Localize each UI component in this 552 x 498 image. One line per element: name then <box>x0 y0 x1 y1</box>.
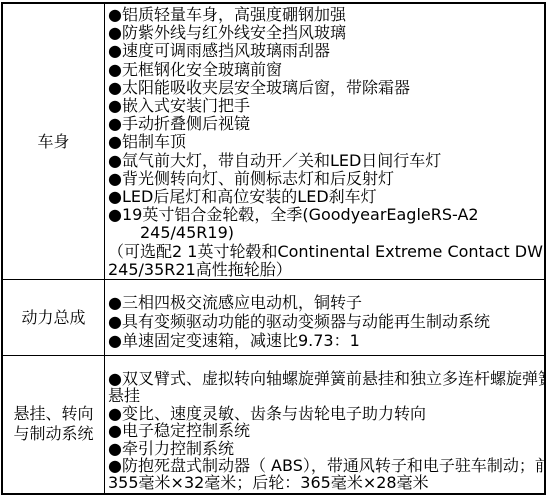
spec-line: ●电子稳定控制系统 <box>108 422 542 439</box>
row-content: ●三相四极交流感应电动机，铜转子●具有变频驱动功能的驱动变频器与动能再生制动系统… <box>105 280 546 356</box>
table-row: 悬挂、转向与制动系统●双叉臂式、虚拟转向轴螺旋弹簧前悬挂和独立多连杆螺旋弹簧后悬… <box>2 356 545 494</box>
spec-line: 245/35R21高性拖轮胎） <box>108 261 542 279</box>
table-row: 动力总成●三相四极交流感应电动机，铜转子●具有变频驱动功能的驱动变频器与动能再生… <box>2 280 545 356</box>
row-header-line: 悬挂、转向 <box>3 404 104 424</box>
spec-line: ●铝制车顶 <box>108 133 542 151</box>
row-header: 动力总成 <box>2 280 105 356</box>
spec-line: ●防紫外线与红外线安全挡风玻璃 <box>108 24 542 42</box>
spec-line: ●铝质轻量车身，高强度硼钢加强 <box>108 6 542 24</box>
row-header-line: 与制动系统 <box>3 424 104 444</box>
spec-line: ●氙气前大灯，带自动开／关和LED日间行车灯 <box>108 152 542 170</box>
spec-line: ●防抱死盘式制动器（ ABS），带通风转子和电子驻车制动；前轮： <box>108 457 542 474</box>
spec-line: ●具有变频驱动功能的驱动变频器与动能再生制动系统 <box>108 312 542 331</box>
spec-line: ●LED后尾灯和高位安装的LED刹车灯 <box>108 188 542 206</box>
row-header: 车身 <box>2 3 105 280</box>
spec-line: 355毫米×32毫米；后轮：365毫米×28毫米 <box>108 474 542 491</box>
spec-line: ●牵引力控制系统 <box>108 440 542 457</box>
spec-line: ●嵌入式安装门把手 <box>108 97 542 115</box>
vehicle-spec-sheet: 车身●铝质轻量车身，高强度硼钢加强●防紫外线与红外线安全挡风玻璃●速度可调雨感挡… <box>0 0 552 498</box>
table-row: 车身●铝质轻量车身，高强度硼钢加强●防紫外线与红外线安全挡风玻璃●速度可调雨感挡… <box>2 3 545 280</box>
spec-line: （可选配2 1英寸轮毂和Continental Extreme Contact … <box>108 243 542 261</box>
row-header-line: 车身 <box>3 132 104 152</box>
row-header: 悬挂、转向与制动系统 <box>2 356 105 494</box>
spec-table: 车身●铝质轻量车身，高强度硼钢加强●防紫外线与红外线安全挡风玻璃●速度可调雨感挡… <box>1 2 546 495</box>
row-content: ●双叉臂式、虚拟转向轴螺旋弹簧前悬挂和独立多连杆螺旋弹簧后悬挂●变比、速度灵敏、… <box>105 356 546 494</box>
spec-line: 245/45R19) <box>108 224 542 242</box>
spec-line: ●速度可调雨感挡风玻璃雨刮器 <box>108 42 542 60</box>
spec-table-body: 车身●铝质轻量车身，高强度硼钢加强●防紫外线与红外线安全挡风玻璃●速度可调雨感挡… <box>2 3 545 494</box>
spec-line: ●太阳能吸收夹层安全玻璃后窗，带除霜器 <box>108 79 542 97</box>
spec-line: 悬挂 <box>108 387 542 404</box>
spec-line: ●单速固定变速箱，减速比9.73：1 <box>108 331 542 350</box>
spec-line: ●三相四极交流感应电动机，铜转子 <box>108 293 542 312</box>
spec-line: ●手动折叠侧后视镜 <box>108 115 542 133</box>
spec-line: ●背光侧转向灯、前侧标志灯和后反射灯 <box>108 170 542 188</box>
spec-line: ●19英寸铝合金轮毂，全季(GoodyearEagleRS-A2 <box>108 206 542 224</box>
row-header-line: 动力总成 <box>3 308 104 328</box>
spec-line: ●无框钢化安全玻璃前窗 <box>108 61 542 79</box>
row-content: ●铝质轻量车身，高强度硼钢加强●防紫外线与红外线安全挡风玻璃●速度可调雨感挡风玻… <box>105 3 546 280</box>
spec-line: ●双叉臂式、虚拟转向轴螺旋弹簧前悬挂和独立多连杆螺旋弹簧后 <box>108 370 542 387</box>
spec-line: ●变比、速度灵敏、齿条与齿轮电子助力转向 <box>108 405 542 422</box>
